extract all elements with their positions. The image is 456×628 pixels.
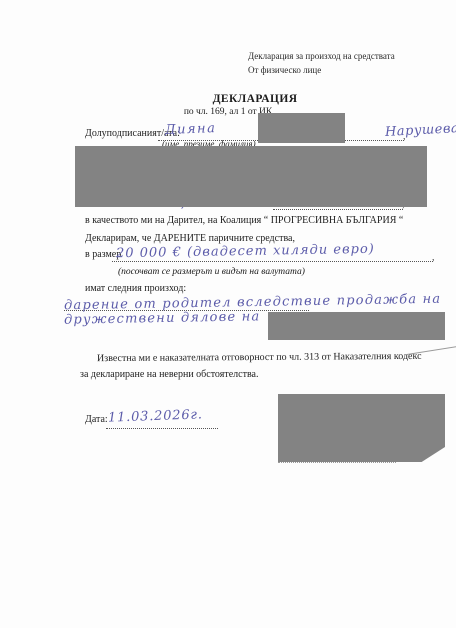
amount-dotted-line xyxy=(112,261,433,262)
liability-line-1: Известна ми е наказателната отговорност … xyxy=(97,351,422,365)
amount-caption: (посочват се размерът и видът на валутат… xyxy=(118,267,305,277)
header-line-origin-of-funds: Декларация за произход на средствата xyxy=(248,50,395,64)
handwritten-date: 11.03.2026г. xyxy=(108,407,203,425)
redaction-box-signature xyxy=(278,394,445,462)
handwritten-amount: 20 000 € (двадесет хиляди евро) xyxy=(116,242,375,262)
header-line-natural-person: От физическо лице xyxy=(248,64,395,78)
scanned-declaration-document: Декларация за произход на средствата От … xyxy=(0,0,456,628)
origin-label: имат следния произход: xyxy=(85,283,186,295)
date-label: Дата: xyxy=(85,414,108,426)
redaction-box-personal-data-1 xyxy=(258,113,345,143)
handwritten-origin-line-2: дружествени дялове на xyxy=(64,309,261,327)
handwritten-first-name: Дияна xyxy=(165,121,217,138)
liability-line-2: за деклариране на неверни обстоятелства. xyxy=(80,369,258,381)
signature-dotted-line xyxy=(278,462,396,463)
covered-line-dotted-fragment xyxy=(273,209,403,210)
amount-line-comma: , xyxy=(432,252,435,263)
handwritten-last-name: Нарушева xyxy=(385,121,456,140)
date-dotted-line xyxy=(106,428,218,429)
capacity-donor-coalition-line: в качеството ми на Дарител, на Коалиция … xyxy=(85,215,403,227)
redaction-box-company-name xyxy=(268,312,445,340)
legal-basis-subtitle: по чл. 169, ал 1 от ИК xyxy=(0,107,456,117)
document-type-note: Декларация за произход на средствата От … xyxy=(248,50,395,77)
page-title: ДЕКЛАРАЦИЯ xyxy=(0,93,456,105)
redaction-box-personal-data-2 xyxy=(75,146,427,207)
